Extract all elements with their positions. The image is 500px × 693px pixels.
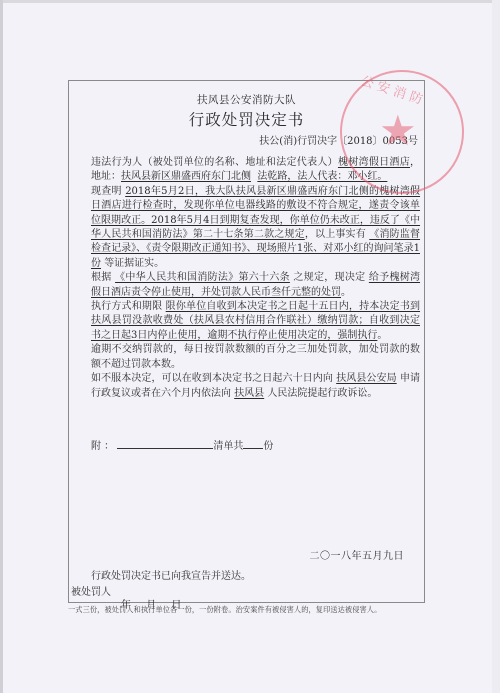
scan-edge	[0, 0, 3, 693]
party-name: 槐树湾假日酒店	[338, 157, 410, 168]
execution-tail: 。	[377, 330, 387, 341]
evidence-label: ，以上事实有	[305, 229, 366, 240]
execution-label: 执行方式和期限	[91, 301, 162, 312]
basis-label: 根据	[91, 272, 112, 283]
attachment-unit: 份	[263, 441, 273, 452]
execution-paragraph: 执行方式和期限 限你单位自收到本决定书之日起十五日内，持本决定书到扶风县罚没款收…	[71, 300, 420, 343]
attachment-line: 附 ： 清单共份	[91, 437, 273, 452]
scan-edge	[0, 0, 500, 3]
decision-tail: 。	[341, 287, 351, 298]
attachment-label: 附 ：	[91, 441, 114, 452]
footnote: 一式三份，被处罚人和执行单位各一份，一份附卷。治安案件有被侵害人的，复印送达被侵…	[68, 605, 381, 615]
appeal-court: 扶风县	[234, 388, 264, 399]
document-number: 扶公(消)行罚决字〔2018〕0053号	[259, 132, 418, 147]
scan-edge	[492, 0, 500, 693]
appeal-org: 扶风县公安局	[336, 373, 396, 384]
facts-label: 现查明	[91, 186, 122, 197]
appeal-text: 如不服本决定，可以在收到本决定书之日起六十日内向	[91, 373, 333, 384]
document-frame: 扶风县公安消防大队 行政处罚决定书 扶公(消)行罚决字〔2018〕0053号 违…	[68, 80, 425, 603]
appeal-paragraph: 如不服本决定，可以在收到本决定书之日起六十日内向 扶风县公安局 申请行政复议或者…	[71, 372, 420, 401]
basis-paragraph: 根据 《中华人民共和国消防法》第六十六条 之规定，现决定 给予槐树湾假日酒店责令…	[71, 271, 420, 300]
basis-value: 《中华人民共和国消防法》第六十六条	[115, 272, 290, 283]
served-statement: 行政处罚决定书已向我宣告并送达。	[91, 567, 251, 582]
party-paragraph: 违法行为人（被处罚单位的名称、地址和法定代表人）槐树湾假日酒店，地址：扶风县新区…	[71, 156, 420, 185]
late-fee-paragraph: 逾期不交纳罚款的，每日按罚款数额的百分之三加处罚款，加处罚款的数额不超过罚款本数…	[71, 343, 420, 372]
issuing-org: 扶风县公安消防大队	[69, 92, 424, 107]
facts-paragraph: 现查明 2018年5月2日，我大队扶风县新区鼎盛西府东门北侧的槐树湾假日酒店进行…	[71, 185, 420, 271]
party-label: 违法行为人（被处罚单位的名称、地址和法定代表人）	[91, 157, 338, 168]
basis-mid: 之规定，现决定	[293, 272, 365, 283]
evidence-tail: 等证据证实。	[104, 258, 164, 269]
legal-rep: 法乾路，法人代表：邓小红。	[257, 171, 387, 182]
attachment-list-label: 清单共	[213, 441, 243, 452]
issue-date: 二〇一八年五月九日	[310, 547, 405, 562]
attachment-blank	[117, 438, 213, 449]
document-body: 违法行为人（被处罚单位的名称、地址和法定代表人）槐树湾假日酒店，地址：扶风县新区…	[71, 156, 420, 401]
recipient-label: 被处罚人	[71, 583, 111, 598]
document-title: 行政处罚决定书	[69, 108, 424, 130]
address-value: 扶风县新区鼎盛西府东门北侧	[121, 171, 251, 182]
appeal-text: 人民法院提起行政诉讼。	[267, 388, 377, 399]
attachment-count-blank	[243, 438, 263, 449]
